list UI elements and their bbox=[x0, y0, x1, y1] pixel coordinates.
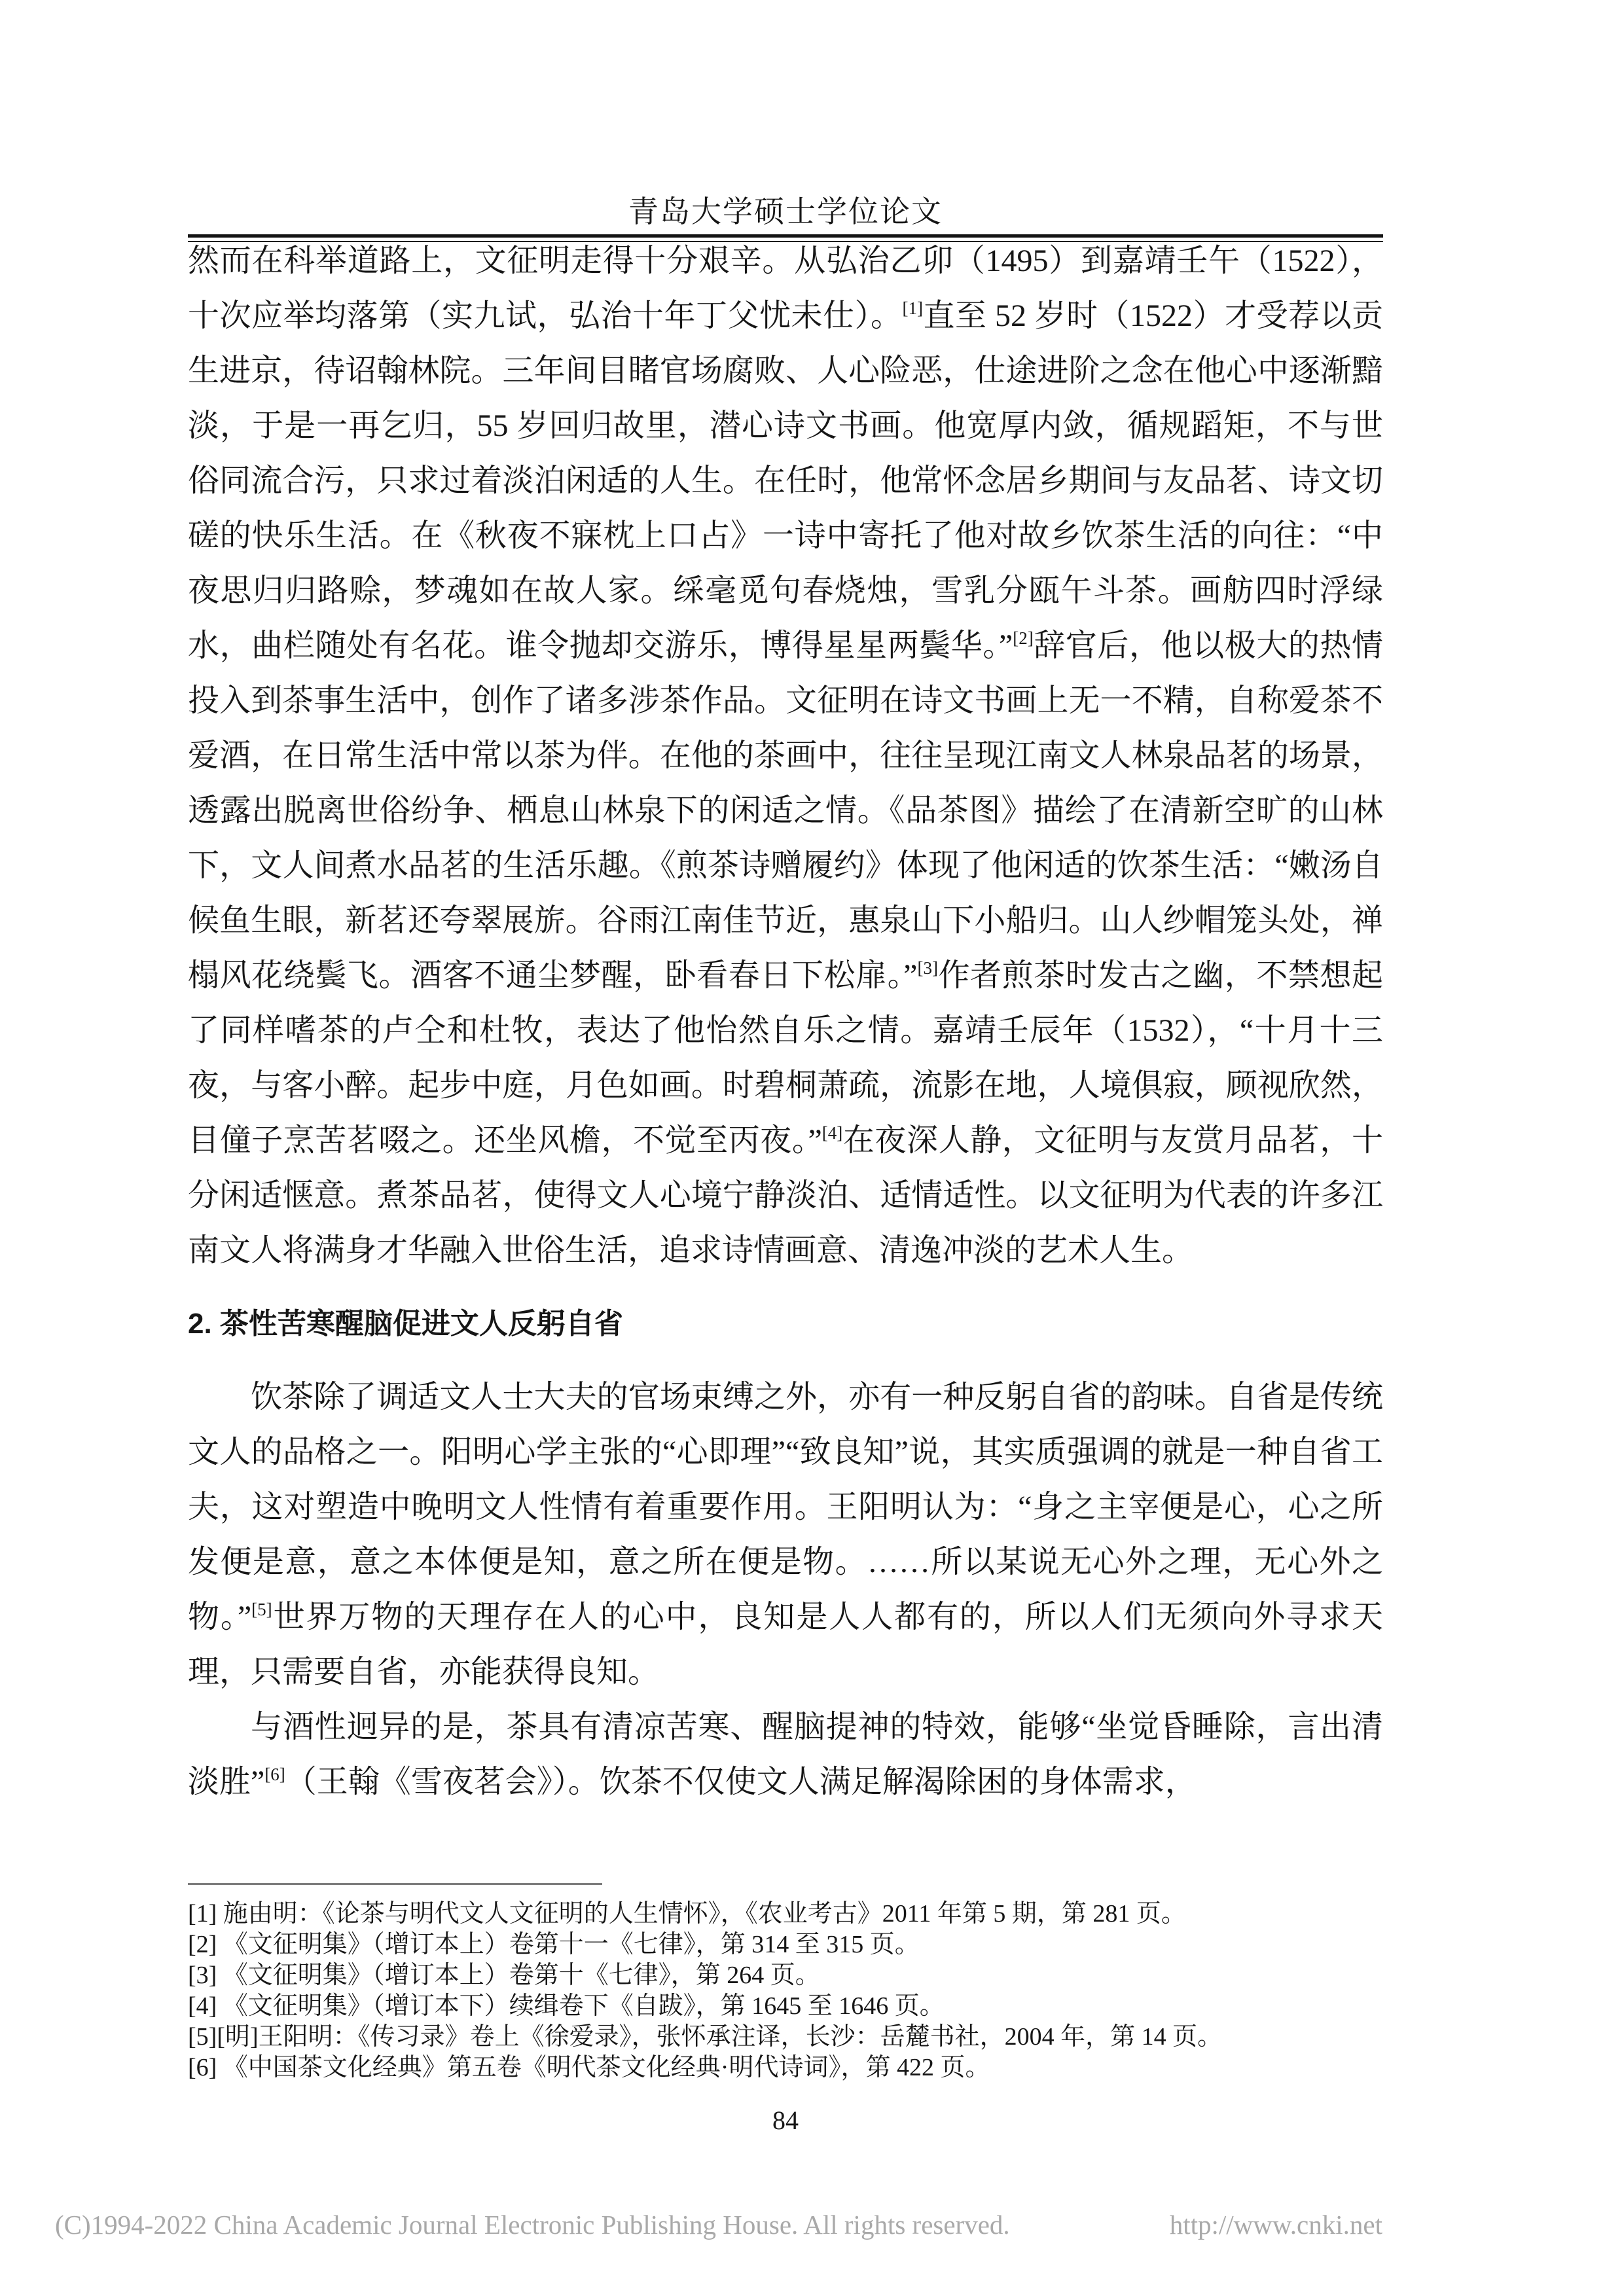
footnote-item: [2] 《文征明集》（增订本上）卷第十一《七律》，第 314 至 315 页。 bbox=[188, 1929, 1412, 1960]
footnote-item: [1] 施由明：《论茶与明代文人文征明的人生情怀》，《农业考古》2011 年第 … bbox=[188, 1899, 1412, 1929]
footnote-ref: [3] bbox=[917, 958, 937, 978]
footnote-ref: [5] bbox=[251, 1600, 272, 1619]
page-number: 84 bbox=[188, 2105, 1383, 2136]
footnote-ref: [6] bbox=[264, 1765, 285, 1784]
footnotes-section: [1] 施由明：《论茶与明代文人文征明的人生情怀》，《农业考古》2011 年第 … bbox=[188, 1899, 1412, 2083]
body-paragraph: 饮茶除了调适文人士大夫的官场束缚之外，亦有一种反躬自省的韵味。自省是传统文人的品… bbox=[188, 1370, 1383, 1700]
page-footer: (C)1994-2022 China Academic Journal Elec… bbox=[55, 2208, 1382, 2241]
cnki-url: http://www.cnki.net bbox=[1170, 2208, 1382, 2241]
header-title: 青岛大学硕士学位论文 bbox=[188, 195, 1383, 229]
copyright-text: (C)1994-2022 China Academic Journal Elec… bbox=[55, 2208, 1010, 2241]
footnote-item: [3] 《文征明集》（增订本上）卷第十《七律》，第 264 页。 bbox=[188, 1960, 1412, 1991]
body-content: 然而在科举道路上，文征明走得十分艰辛。从弘治乙卯（1495）到嘉靖壬午（1522… bbox=[188, 234, 1383, 1810]
footnote-separator bbox=[188, 1883, 602, 1885]
footnote-item: [6] 《中国茶文化经典》第五卷《明代茶文化经典·明代诗词》，第 422 页。 bbox=[188, 2053, 1412, 2083]
footnote-ref: [1] bbox=[903, 298, 923, 318]
footnote-item: [5][明]王阳明：《传习录》卷上《徐爱录》，张怀承注译，长沙：岳麓书社，200… bbox=[188, 2022, 1412, 2053]
body-paragraph: 然而在科举道路上，文征明走得十分艰辛。从弘治乙卯（1495）到嘉靖壬午（1522… bbox=[188, 234, 1383, 1278]
footnote-ref: [4] bbox=[822, 1123, 842, 1143]
body-paragraph: 与酒性迥异的是，茶具有清凉苦寒、醒脑提神的特效，能够“坐觉昏睡除，言出清淡胜”[… bbox=[188, 1700, 1383, 1810]
footnote-item: [4] 《文征明集》（增订本下）续缉卷下《自跋》，第 1645 至 1646 页… bbox=[188, 1991, 1412, 2022]
thesis-page: 青岛大学硕士学位论文 然而在科举道路上，文征明走得十分艰辛。从弘治乙卯（1495… bbox=[0, 0, 1624, 2296]
section-heading: 2. 茶性苦寒醒脑促进文人反躬自省 bbox=[188, 1297, 1383, 1352]
footnote-ref: [2] bbox=[1013, 628, 1033, 648]
